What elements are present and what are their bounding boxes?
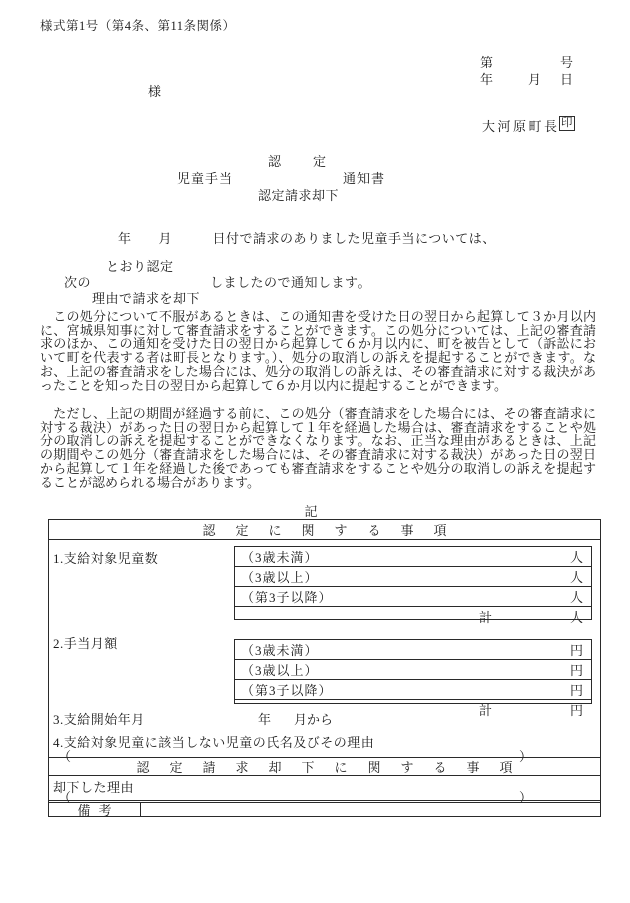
appeal-paragraph-2: ただし、上記の期間が経過する前に、この処分（審査請求をした場合には、その審査請求… [40, 407, 596, 489]
title-alternative-bottom: 認定請求却下 [258, 185, 339, 204]
table-row: （3歳以上） 人 [235, 567, 591, 587]
table-row-total: 計 円 [235, 700, 591, 719]
table-row: （3歳以上） 円 [235, 660, 591, 680]
date-day-label: 日 [560, 69, 573, 88]
addressee-honorific: 様 [148, 81, 161, 100]
item1-label: 1.支給対象児童数 [53, 548, 158, 567]
date-month-label: 月 [528, 69, 541, 88]
title-prefix: 児童手当 [177, 168, 233, 187]
item2-amount-table: （3歳未満） 円 （3歳以上） 円 （第3子以降） 円 計 円 [234, 639, 592, 704]
unit-persons: 人 [570, 607, 591, 626]
age-under3-label: （3歳未満） [235, 547, 319, 566]
section2-header-row: 認定請求却下に関する事項 [49, 757, 600, 776]
document-page: 様式第1号（第4条、第11条関係） 第 号 年 月 日 様 大河原町長 印 認定… [0, 0, 630, 903]
unit-persons: 人 [570, 567, 591, 586]
notes-header-cell: 備考 [49, 803, 141, 816]
notes-row: 備考 [49, 802, 600, 816]
table-row-total: 計 人 [235, 607, 591, 626]
intro-date-line: 年 月 日付で請求のありました児童手当については、 [118, 228, 496, 247]
seal-mark: 印 [559, 114, 575, 131]
item3-year-label: 年 [258, 709, 271, 728]
unit-yen: 円 [570, 680, 591, 699]
date-year-label: 年 [480, 69, 493, 88]
age-under3-label: （3歳未満） [235, 640, 319, 659]
table-row: （第3子以降） 円 [235, 680, 591, 700]
item4-label: 4.支給対象児童に該当しない児童の氏名及びその理由 [53, 732, 374, 751]
third-child-label: （第3子以降） [235, 587, 333, 606]
item1-count-table: （3歳未満） 人 （3歳以上） 人 （第3子以降） 人 計 人 [234, 546, 592, 620]
item3-label: 3.支給開始年月 [53, 709, 145, 728]
notes-value-cell [141, 803, 600, 816]
age-over3-label: （3歳以上） [235, 660, 319, 679]
third-child-label: （第3子以降） [235, 680, 333, 699]
age-over3-label: （3歳以上） [235, 567, 319, 586]
section1-header-row: 認定に関する事項 [49, 520, 600, 540]
total-label: 計 [479, 700, 492, 719]
unit-yen: 円 [570, 660, 591, 679]
ki-mark: 記 [44, 501, 578, 520]
intro-lead: 次の [64, 272, 91, 291]
notes-separator-line [49, 800, 600, 801]
section1-header-text: 認定に関する事項 [202, 520, 466, 539]
total-label: 計 [479, 607, 492, 626]
item2-label: 2.手当月額 [53, 633, 118, 652]
intro-alternative-approved: とおり認定 [106, 256, 174, 275]
item3-from-label: 月から [294, 709, 333, 728]
unit-persons: 人 [570, 547, 591, 566]
form-number-label: 様式第1号（第4条、第11条関係） [40, 16, 236, 34]
table-row: （3歳未満） 円 [235, 640, 591, 660]
appeal-paragraph-1: この処分について不服があるときは、この通知書を受けた日の翌日から起算して３か月以… [40, 310, 596, 392]
intro-alternative-rejected: 理由で請求を却下 [92, 288, 200, 307]
intro-tail: しましたので通知します。 [210, 272, 371, 291]
issuer-name: 大河原町長 [482, 116, 560, 135]
unit-persons: 人 [570, 587, 591, 606]
notes-label: 備考 [77, 800, 119, 819]
table-row: （第3子以降） 人 [235, 587, 591, 607]
table-row: （3歳未満） 人 [235, 547, 591, 567]
unit-yen: 円 [570, 640, 591, 659]
seal-mark-glyph: 印 [559, 116, 575, 131]
section2-header-text: 認定請求却下に関する事項 [136, 757, 532, 776]
certification-table: 認定に関する事項 1.支給対象児童数 （3歳未満） 人 （3歳以上） 人 （第3… [48, 519, 601, 817]
title-suffix: 通知書 [343, 168, 385, 187]
unit-yen: 円 [570, 700, 591, 719]
